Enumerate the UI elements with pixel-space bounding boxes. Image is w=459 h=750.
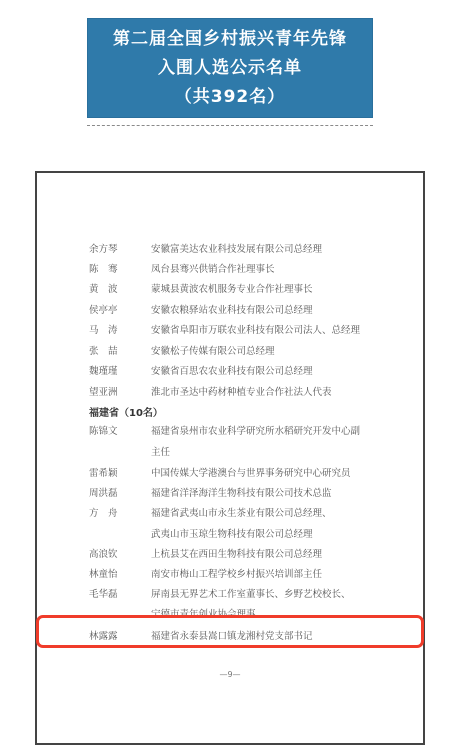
- list-item: 周洪磊福建省洋泽海洋生物科技有限公司技术总监: [89, 485, 332, 499]
- entry-name: 林童怡: [89, 566, 151, 580]
- entry-desc: 南安市梅山工程学校乡村振兴培训部主任: [151, 566, 322, 580]
- entry-name: 毛华磊: [89, 586, 151, 600]
- list-item: 魏瑾瑾安徽省百思农农业科技有限公司总经理: [89, 363, 313, 377]
- list-item: 张 喆安徽松子传媒有限公司总经理: [89, 343, 275, 357]
- entry-desc: 安徽松子传媒有限公司总经理: [151, 343, 275, 357]
- entry-desc: 上杭县艾在西田生物科技有限公司总经理: [151, 546, 322, 560]
- title-line-1: 第二届全国乡村振兴青年先锋: [88, 25, 372, 54]
- list-item: 毛华磊屏南县无界艺术工作室董事长、乡野艺校校长、: [89, 586, 351, 600]
- entry-name: 陈锦文: [89, 423, 151, 437]
- entry-name: 余方琴: [89, 241, 151, 255]
- entry-desc: 福建省泉州市农业科学研究所水稻研究开发中心副: [151, 423, 360, 437]
- entry-desc: 淮北市圣达中药材种植专业合作社法人代表: [151, 384, 332, 398]
- entry-desc: 安徽省百思农农业科技有限公司总经理: [151, 363, 313, 377]
- list-item: 余方琴安徽富美达农业科技发展有限公司总经理: [89, 241, 322, 255]
- entry-desc: 中国传媒大学港澳台与世界事务研究中心研究员: [151, 465, 351, 479]
- dashed-divider: [87, 125, 373, 126]
- entry-desc-continued: 主任: [151, 444, 170, 458]
- list-item: 望亚洲淮北市圣达中药材种植专业合作社法人代表: [89, 384, 332, 398]
- list-item: 高浪钦上杭县艾在西田生物科技有限公司总经理: [89, 546, 322, 560]
- entry-name: 方 舟: [89, 505, 151, 519]
- list-item: 马 涛安徽省阜阳市万联农业科技有限公司法人、总经理: [89, 322, 360, 336]
- page-number: —9—: [37, 670, 423, 679]
- entry-name: 黄 波: [89, 281, 151, 295]
- entry-desc: 蒙城县黄波农机服务专业合作社理事长: [151, 281, 313, 295]
- entry-name: 侯亭亭: [89, 302, 151, 316]
- entry-name: 魏瑾瑾: [89, 363, 151, 377]
- list-item: 侯亭亭安徽农粮驿站农业科技有限公司总经理: [89, 302, 313, 316]
- entry-desc: 安徽农粮驿站农业科技有限公司总经理: [151, 302, 313, 316]
- entry-desc: 屏南县无界艺术工作室董事长、乡野艺校校长、: [151, 586, 351, 600]
- entry-desc: 凤台县骞兴供销合作社理事长: [151, 261, 275, 275]
- entry-desc: 安徽富美达农业科技发展有限公司总经理: [151, 241, 322, 255]
- entry-name: 雷希颖: [89, 465, 151, 479]
- list-item: 林童怡南安市梅山工程学校乡村振兴培训部主任: [89, 566, 322, 580]
- section-heading-fujian: 福建省（10名）: [89, 404, 163, 419]
- title-line-2: 入围人选公示名单: [88, 54, 372, 83]
- title-line-3: （共392名）: [88, 83, 372, 112]
- entry-desc: 福建省洋泽海洋生物科技有限公司技术总监: [151, 485, 332, 499]
- entry-name: 马 涛: [89, 322, 151, 336]
- entry-name: 高浪钦: [89, 546, 151, 560]
- entry-desc-continued: 武夷山市玉琼生物科技有限公司总经理: [151, 526, 313, 540]
- highlight-box: [36, 615, 424, 648]
- entry-desc: 福建省武夷山市永生茶业有限公司总经理、: [151, 505, 332, 519]
- entry-name: 张 喆: [89, 343, 151, 357]
- list-item: 雷希颖中国传媒大学港澳台与世界事务研究中心研究员: [89, 465, 351, 479]
- title-banner: 第二届全国乡村振兴青年先锋 入围人选公示名单 （共392名）: [87, 18, 373, 118]
- list-item: 方 舟福建省武夷山市永生茶业有限公司总经理、: [89, 505, 332, 519]
- list-item: 黄 波蒙城县黄波农机服务专业合作社理事长: [89, 281, 313, 295]
- entry-name: 陈 骞: [89, 261, 151, 275]
- document-page: 余方琴安徽富美达农业科技发展有限公司总经理 陈 骞凤台县骞兴供销合作社理事长 黄…: [35, 171, 425, 745]
- entry-name: 望亚洲: [89, 384, 151, 398]
- list-item: 陈锦文福建省泉州市农业科学研究所水稻研究开发中心副: [89, 423, 360, 437]
- entry-desc: 安徽省阜阳市万联农业科技有限公司法人、总经理: [151, 322, 360, 336]
- list-item: 陈 骞凤台县骞兴供销合作社理事长: [89, 261, 275, 275]
- entry-name: 周洪磊: [89, 485, 151, 499]
